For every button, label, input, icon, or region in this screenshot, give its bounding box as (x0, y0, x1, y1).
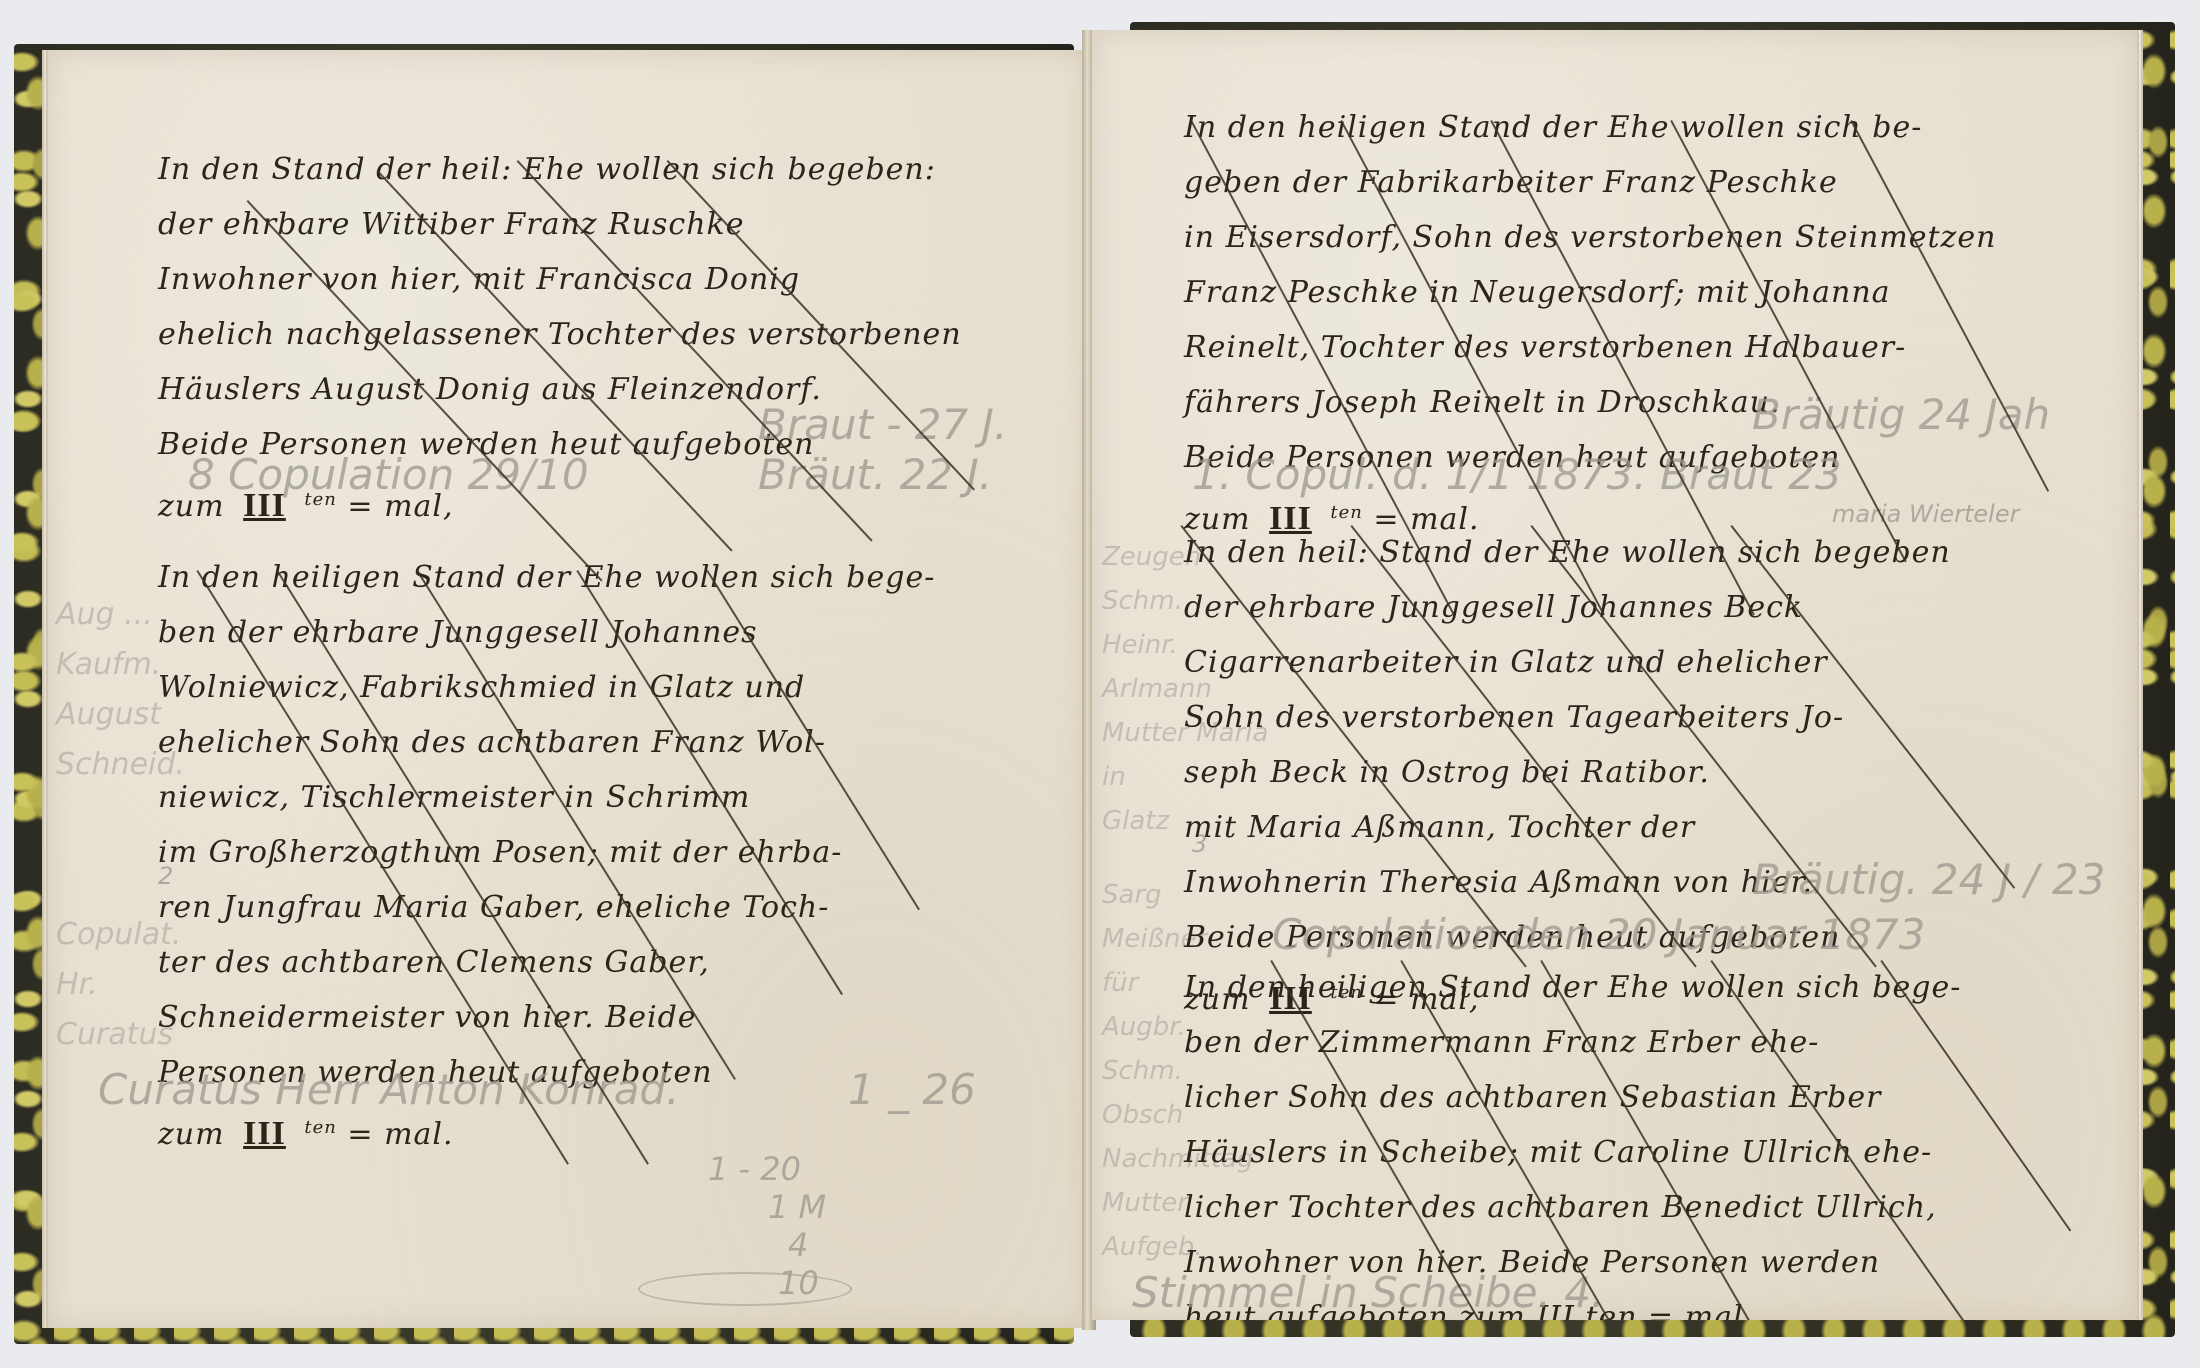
entry-line: seph Beck in Ostrog bei Ratibor. (1184, 745, 1951, 800)
pencil-bride-name: maria Wierteler (1832, 500, 2019, 528)
entry-line: Inwohner von hier, mit Francisca Donig (158, 252, 962, 307)
pencil-copulation-date-2: Copulation den 20 Januar 1873 (1272, 910, 1925, 959)
entry-line: Schneidermeister von hier. Beide (158, 990, 935, 1045)
pencil-groom-age: Bräutig 24 Jah (1752, 390, 2050, 439)
banns-entry-5: In den heiligen Stand der Ehe wollen sic… (1184, 960, 1961, 1320)
entry-line: geben der Fabrikarbeiter Franz Peschke (1184, 155, 1996, 210)
banns-prefix: zum (158, 1117, 225, 1152)
banns-suffix: ten (1330, 502, 1362, 523)
entry-line: ben der ehrbare Junggesell Johannes (158, 605, 935, 660)
entry-line: Franz Peschke in Neugersdorf; mit Johann… (1184, 265, 1996, 320)
entry-line: ehelich nachgelassener Tochter des verst… (158, 307, 962, 362)
entry-line: In den Stand der heil: Ehe wollen sich b… (158, 142, 962, 197)
entry-line: im Großherzogthum Posen; mit der ehrba- (158, 825, 935, 880)
entry-line: In den heiligen Stand der Ehe wollen sic… (1184, 960, 1961, 1015)
pencil-tally-1: 1 - 20 (708, 1150, 801, 1188)
pencil-groom-age-2: Bräutig. 24 J / 23 (1752, 855, 2105, 904)
pencil-bride-age: Braut - 27 J. (758, 400, 1007, 449)
banns-roman-numeral: III (235, 1115, 294, 1152)
entry-line: Cigarrenarbeiter in Glatz und ehelicher (1184, 635, 1951, 690)
entry-line: Reinelt, Tochter des verstorbenen Halbau… (1184, 320, 1996, 375)
right-page: Zeugen Schm. Heinr. Arlmann Mutter Maria… (1092, 30, 2143, 1320)
entry-line: mit Maria Aßmann, Tochter der (1184, 800, 1951, 855)
pencil-groom-age: Bräut. 22 J. (758, 450, 992, 499)
pencil-copulation-date: 1. Copul. d. 1/1 1873. Braut 23 (1192, 450, 1842, 499)
pencil-tally-2: 1 M (768, 1188, 826, 1226)
scanned-book-spread: Aug ... Kaufm. August Schneid. Copulat. … (0, 0, 2200, 1368)
entry-line: In den heil: Stand der Ehe wollen sich b… (1184, 525, 1951, 580)
entry-line: ren Jungfrau Maria Gaber, eheliche Toch- (158, 880, 935, 935)
pencil-curate-number: 1 _ 26 (848, 1065, 976, 1114)
entry-line: licher Tochter des achtbaren Benedict Ul… (1184, 1180, 1961, 1235)
entry-line: In den heiligen Stand der Ehe wollen sic… (1184, 100, 1996, 155)
banns-suffix: ten (304, 1117, 336, 1138)
pencil-curate-note: Curatus Herr Anton Konrad. (98, 1065, 679, 1114)
entry-line: ehelicher Sohn des achtbaren Franz Wol- (158, 715, 935, 770)
entry-line: der ehrbare Junggesell Johannes Beck (1184, 580, 1951, 635)
entry-line: licher Sohn des achtbaren Sebastian Erbe… (1184, 1070, 1961, 1125)
entry-line: in Eisersdorf, Sohn des verstorbenen Ste… (1184, 210, 1996, 265)
entry-line: ter des achtbaren Clemens Gaber, (158, 935, 935, 990)
pencil-copulation-date: 8 Copulation 29/10 (188, 450, 589, 499)
entry-line: der ehrbare Wittiber Franz Ruschke (158, 197, 962, 252)
pencil-tally-3: 4 (788, 1226, 808, 1264)
pencil-swoosh-mark (638, 1272, 852, 1306)
pencil-bottom-note: Stimmel in Scheibe. 4. (1132, 1268, 1604, 1317)
entry-line: Wolniewicz, Fabrikschmied in Glatz und (158, 660, 935, 715)
entry-line: ben der Zimmermann Franz Erber ehe- (1184, 1015, 1961, 1070)
entry-line: In den heiligen Stand der Ehe wollen sic… (158, 550, 935, 605)
banns-mal: = mal. (347, 1117, 453, 1152)
entry-line: Sohn des verstorbenen Tagearbeiters Jo- (1184, 690, 1951, 745)
entry-line: Häuslers in Scheibe; mit Caroline Ullric… (1184, 1125, 1961, 1180)
left-page: Aug ... Kaufm. August Schneid. Copulat. … (42, 50, 1088, 1328)
entry-line: niewicz, Tischlermeister in Schrimm (158, 770, 935, 825)
